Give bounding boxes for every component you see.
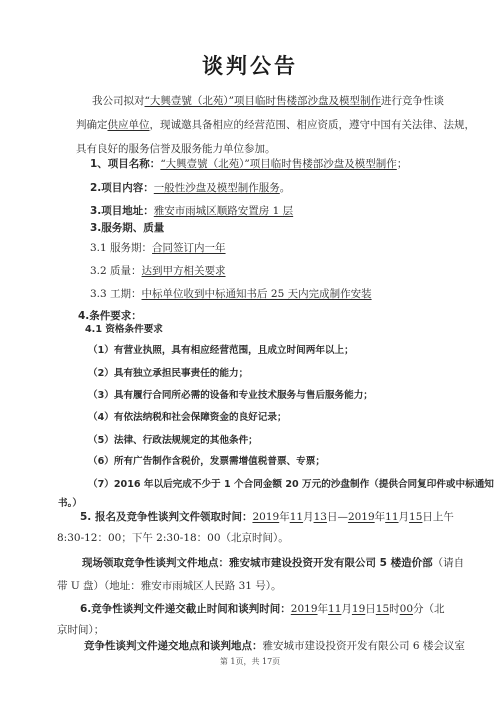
pickup-value: 雅安城市建设投资开发有限公司 5 楼造价部 [229, 557, 433, 569]
deadline-tail: （北 [424, 603, 445, 615]
condition-item: （6）所有广告制作含税价，发票需增值税普票、专票； [88, 455, 325, 468]
intro-text: ，现诚邀具备相应的经营范围、相应资质，遵守中国有关法律、法规， [150, 119, 476, 131]
submit-label: 竞争性谈判文件递交地点和谈判地点： [84, 640, 263, 652]
item-project-content: 2.项目内容：一般性沙盘及模型制作服务。 [90, 182, 290, 195]
document-title: 谈判公告 [0, 50, 500, 80]
item-deadline: 6.竞争性谈判文件递交截止时间和谈判时间：2019年11月19日15时00分（北 [80, 603, 445, 616]
date-am: 上午 [433, 511, 454, 523]
item-requirements: 4.条件要求： [78, 310, 142, 323]
item-label: 1、项目名称： [90, 158, 160, 170]
intro-text: 进行竞争性谈 [381, 95, 444, 107]
condition-item: （1）有营业执照，具有相应经营范围，且成立时间两年以上； [88, 344, 354, 357]
condition-item: （5）法律、行政法规规定的其他条件； [88, 434, 258, 447]
sub-label: 3.2 质量： [90, 265, 142, 277]
date-unit: 时 [389, 603, 400, 615]
date-hour: 15 [376, 603, 389, 615]
date-day: 13 [314, 511, 327, 523]
date-unit: 年 [279, 511, 290, 523]
item-value: 一般性沙盘及模型制作服务 [154, 182, 280, 194]
item-label: 2.项目内容： [90, 182, 154, 194]
sub-label: 3.1 服务期： [90, 242, 152, 254]
date-unit: 月 [399, 511, 410, 523]
item-project-address: 3.项目地址：雅安市雨城区顺路安置房 1 层 [90, 205, 293, 218]
item-end: ； [397, 158, 408, 170]
date-day: 19 [352, 603, 365, 615]
sub-service-period: 3.1 服务期：合同签订内一年 [90, 242, 226, 255]
item-end: 。 [280, 182, 291, 194]
supplier-inline: 供应单位 [108, 119, 150, 131]
submission-location: 竞争性谈判文件递交地点和谈判地点：雅安城市建设投资开发有限公司 6 楼会议室 [84, 640, 465, 653]
date-year: 2019 [291, 603, 318, 615]
date-unit: 分 [413, 603, 424, 615]
intro-text: 我公司拟对 [92, 95, 145, 107]
deadline-line2: 京时间）； [57, 624, 104, 637]
item-service-quality: 3.服务期、质量 [90, 222, 164, 235]
date-year: 2019 [252, 511, 279, 523]
item-project-name: 1、项目名称：“大興壹號（北苑）”项目临时售楼部沙盘及模型制作； [90, 158, 407, 171]
date-day: 15 [409, 511, 422, 523]
item-label: 3.项目地址： [90, 205, 154, 217]
date-unit: 日 [422, 511, 433, 523]
item-value: 雅安市雨城区顺路安置房 1 层 [154, 205, 293, 217]
pickup-location: 现场领取竞争性谈判文件地点：雅安城市建设投资开发有限公司 5 楼造价部（请自 [82, 557, 464, 570]
registration-time-line2: 8:30-12：00；下午 2:30-18：00（北京时间）。 [57, 532, 289, 545]
sub-value: 合同签订内一年 [152, 242, 226, 254]
intro-text: 判确定 [76, 119, 108, 131]
pickup-tail: （请自 [433, 557, 465, 569]
date-month: 11 [290, 511, 303, 523]
sub-value: 达到甲方相关要求 [142, 265, 226, 277]
item-label: 5. 报名及竞争性谈判文件领取时间： [80, 511, 252, 523]
pickup-label: 现场领取竞争性谈判文件地点： [82, 557, 229, 569]
date-month: 11 [328, 603, 341, 615]
item-value: “大興壹號（北苑）”项目临时售楼部沙盘及模型制作 [160, 158, 397, 170]
date-unit: 年 [318, 603, 329, 615]
sub-label: 3.3 工期： [90, 288, 142, 300]
pickup-location-line2: 带 U 盘）（地址：雅安市雨城区人民路 31 号）。 [57, 580, 282, 593]
date-unit: 月 [303, 511, 314, 523]
sub-qualification: 4.1 资格条件要求 [85, 323, 163, 336]
submit-value: 雅安城市建设投资开发有限公司 6 楼会议室 [263, 640, 465, 652]
page-number: 第 1页，共 17页 [0, 656, 500, 667]
date-unit: 日 [365, 603, 376, 615]
intro-line-1: 我公司拟对“大興壹號（北苑）”项目临时售楼部沙盘及模型制作进行竞争性谈 [92, 95, 444, 108]
date-unit: 日 [327, 511, 338, 523]
condition-item-cont: 书。） [58, 497, 82, 510]
date-minute: 00 [400, 603, 413, 615]
date-unit: 月 [341, 603, 352, 615]
condition-item: （2）具有独立承担民事责任的能力； [88, 367, 248, 380]
item-label: 6.竞争性谈判文件递交截止时间和谈判时间： [80, 603, 291, 615]
condition-item: （4）有依法纳税和社会保障资金的良好记录； [88, 411, 287, 424]
intro-line-2: 判确定供应单位，现诚邀具备相应的经营范围、相应资质，遵守中国有关法律、法规， [76, 119, 475, 132]
date-dash: — [337, 511, 348, 523]
sub-construction-period: 3.3 工期：中标单位收到中标通知书后 25 天内完成制作安装 [90, 288, 372, 301]
sub-value: 中标单位收到中标通知书后 25 天内完成制作安装 [142, 288, 372, 300]
sub-quality: 3.2 质量：达到甲方相关要求 [90, 265, 226, 278]
date-unit: 年 [375, 511, 386, 523]
item-registration-time: 5. 报名及竞争性谈判文件领取时间：2019年11月13日—2019年11月15… [80, 511, 454, 524]
intro-line-3: 具有良好的服务信誉及服务能力单位参加。 [76, 143, 276, 156]
condition-item: （3）具有履行合同所必需的设备和专业技术服务与售后服务能力； [88, 389, 373, 402]
date-year: 2019 [348, 511, 375, 523]
project-name-inline: “大興壹號（北苑）”项目临时售楼部沙盘及模型制作 [145, 95, 382, 107]
condition-item: （7）2016 年以后完成不少于 1 个合同金额 20 万元的沙盘制作（提供合同… [88, 478, 494, 491]
date-month: 11 [385, 511, 398, 523]
